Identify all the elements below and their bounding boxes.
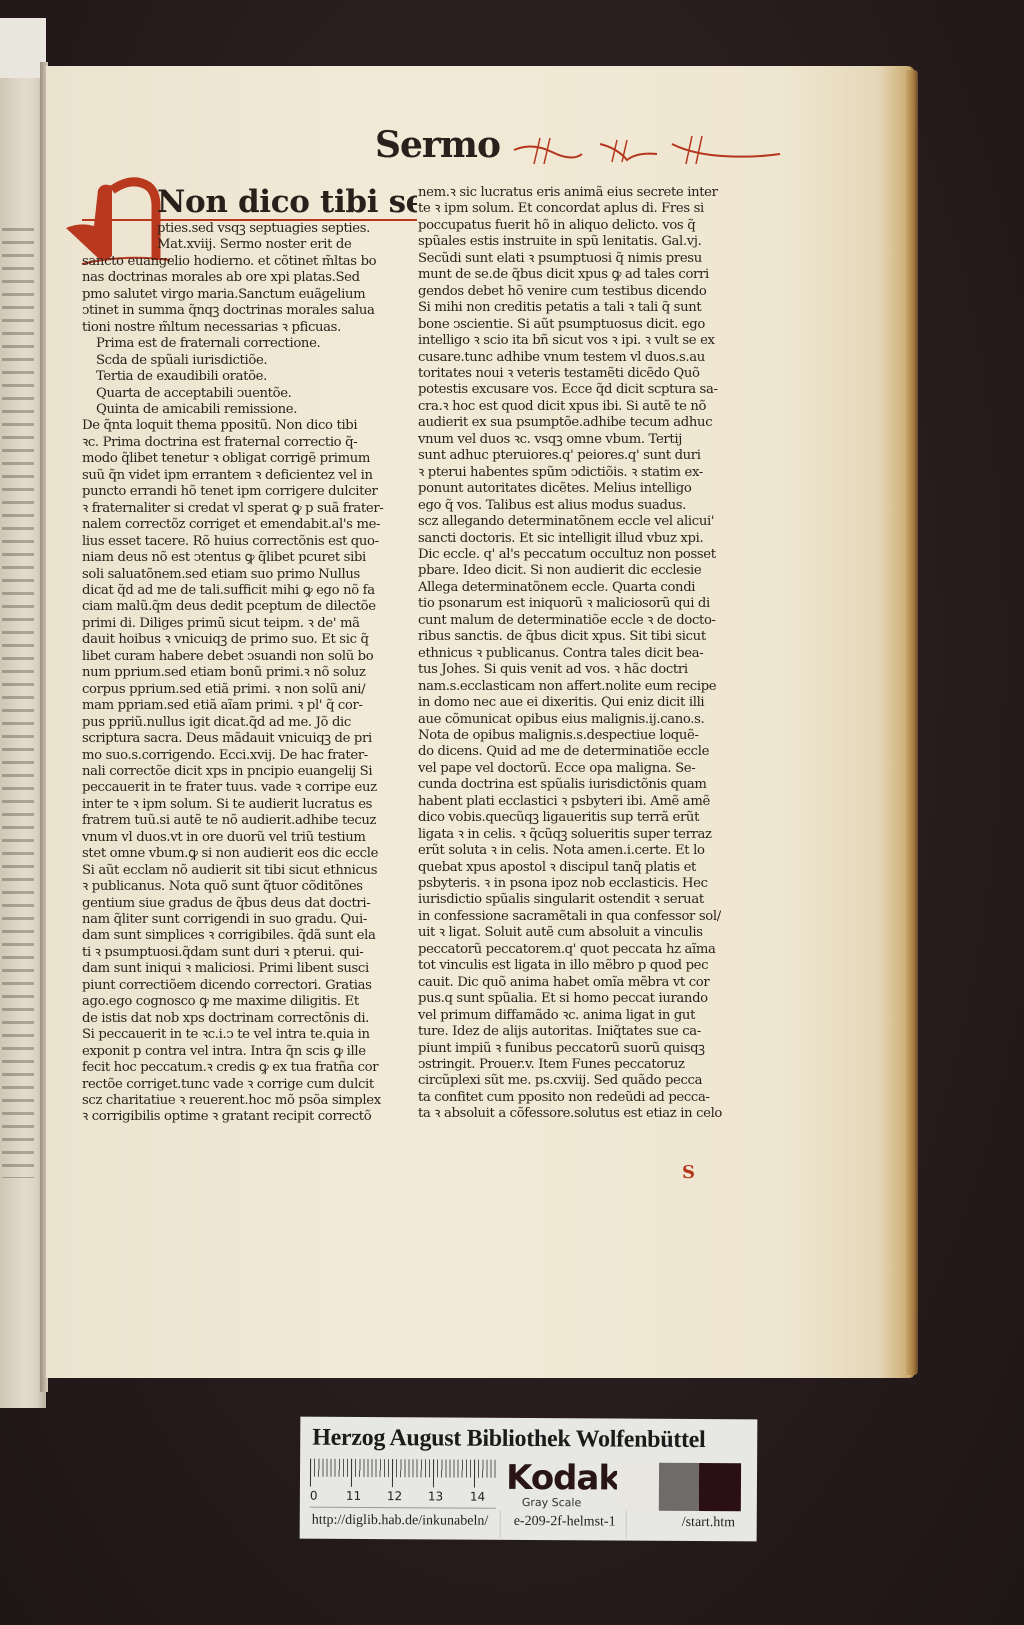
text-line: circũplexi sũt me. ps.cxviij. Sed quãdo … bbox=[418, 1073, 748, 1089]
text-line: lius esset tacere. Rõ huius correctõnis … bbox=[82, 534, 412, 550]
text-line: sancto euangelio hodierno. et cõtinet m̃… bbox=[82, 254, 412, 270]
text-line: potestis excusare vos. Ecce q̃d dicit sc… bbox=[418, 382, 748, 398]
text-line: ribus sanctis. de q̃bus dicit xpus. Sit … bbox=[418, 629, 748, 645]
text-line: nam.s.ecclasticam non affert.nolite eum … bbox=[418, 679, 748, 695]
kodak-logo: Kodak bbox=[506, 1458, 620, 1499]
text-line: habent plati ecclastici ꝛ psbyteri ibi. … bbox=[418, 794, 748, 810]
text-line: Nota de opibus malignis.s.despectiue loq… bbox=[418, 728, 748, 744]
text-line: stet omne vbum.ꝙ si non audierit eos dic… bbox=[82, 846, 412, 862]
text-line: tio psonarum est iniquorũ ꝛ maliciosorũ … bbox=[418, 596, 748, 612]
text-line: sancti doctoris. Et sic intelligit illud… bbox=[418, 531, 748, 547]
text-line: puncto errandi hõ tenet ipm corrigere du… bbox=[82, 484, 412, 500]
text-line: suũ q̃n videt ipm errantem ꝛ deficientez… bbox=[82, 468, 412, 484]
ruler-ticks bbox=[310, 1459, 496, 1478]
text-line: ti ꝛ psumptuosi.q̃dam sunt duri ꝛ pterui… bbox=[82, 945, 412, 961]
card-divider bbox=[500, 1510, 501, 1538]
text-line: scriptura sacra. Deus mãdauit vnicuiqꝫ d… bbox=[82, 731, 412, 747]
text-line: ligata ꝛ in celis. ꝛ q̃cũqꝫ solueritis s… bbox=[418, 827, 748, 843]
text-line: Scda de spũali iurisdictiõe. bbox=[82, 353, 412, 369]
card-divider bbox=[626, 1511, 627, 1539]
text-line: ꝛ fraternaliter si credat vl sperat ꝙ p … bbox=[82, 501, 412, 517]
text-line: cunt malum de determinatiõe eccle ꝛ de d… bbox=[418, 613, 748, 629]
text-line: iurisdictio spũalis singularit ostendit … bbox=[418, 892, 748, 908]
text-line: Secũdi sunt elati ꝛ psumptuosi q̃ nimis … bbox=[418, 251, 748, 267]
text-line: Si mihi non creditis petatis a tali ꝛ ta… bbox=[418, 300, 748, 316]
page-edge bbox=[906, 70, 918, 1375]
text-line: ego q̃ vos. Talibus est alius modus suad… bbox=[418, 498, 748, 514]
ruler-major-tick bbox=[351, 1459, 352, 1487]
text-line: toritates noui ꝛ veteris testamẽti dicẽd… bbox=[418, 366, 748, 382]
ruler-number: 13 bbox=[428, 1489, 443, 1503]
text-line: gendos debet hõ venire cum testibus dice… bbox=[418, 284, 748, 300]
text-line: quebat xpus apostol ꝛ discipul tanq̃ pla… bbox=[418, 860, 748, 876]
signature-mark: S bbox=[682, 1162, 695, 1183]
text-line: ꝛc. Prima doctrina est fraternal correct… bbox=[82, 435, 412, 451]
library-name: Herzog August Bibliothek Wolfenbüttel bbox=[312, 1425, 705, 1454]
text-line: pmo salutet virgo maria.Sanctum euãgeliu… bbox=[82, 287, 412, 303]
page-heading: Sermo bbox=[375, 124, 500, 166]
text-line: cauit. Dic quõ anima habet omĩa mẽbra vt… bbox=[418, 975, 748, 991]
facing-page-text-lines bbox=[2, 228, 34, 1178]
text-line: bone ↄscientie. Si aũt psumptuosus dicit… bbox=[418, 317, 748, 333]
text-line: in domo nec aue ei dixeritis. Qui eniz d… bbox=[418, 695, 748, 711]
text-line: Prima est de fraternali correctione. bbox=[82, 336, 412, 352]
text-line: cunda doctrina est spũalis iurisdictõnis… bbox=[418, 777, 748, 793]
text-line: Dic eccle. q' al's peccatum occultuz non… bbox=[418, 547, 748, 563]
text-line: dam sunt iniqui ꝛ maliciosi. Primi liben… bbox=[82, 961, 412, 977]
text-line: pties.sed vsqꝫ septuagies septies. bbox=[82, 221, 412, 237]
text-line: ago.ego cognosco ꝙ me maxime diligitis. … bbox=[82, 994, 412, 1010]
text-line: ↄstringit. Prouer.v. Item Funes peccator… bbox=[418, 1057, 748, 1073]
text-line: sunt adhuc pteruiores.q' peiores.q' sunt… bbox=[418, 448, 748, 464]
text-line: num pprium.sed etiam bonũ primi.ꝛ nõ sol… bbox=[82, 665, 412, 681]
url-suffix: /start.htm bbox=[682, 1515, 735, 1531]
text-line: Quinta de amicabili remissione. bbox=[82, 402, 412, 418]
text-line: cusare.tunc adhibe vnum testem vl duos.s… bbox=[418, 350, 748, 366]
ruler-major-tick bbox=[474, 1460, 475, 1488]
text-line: dauit hoibus ꝛ vnicuiqꝫ de primo suo. Et… bbox=[82, 632, 412, 648]
text-line: De q̃nta loquit thema ppositũ. Non dico … bbox=[82, 418, 412, 434]
text-line: audierit ex sua psumptõe.adhibe tecum ad… bbox=[418, 415, 748, 431]
text-line: niam deus nõ est ↄtentus ꝙ q̃libet pcure… bbox=[82, 550, 412, 566]
ruler-major-tick bbox=[310, 1459, 311, 1487]
text-line: peccatorũ peccatorem.q' quot peccata hz … bbox=[418, 942, 748, 958]
text-line: vel pape vel doctorũ. Ecce opa maligna. … bbox=[418, 761, 748, 777]
text-line: primi di. Diliges primũ sicut teipm. ꝛ d… bbox=[82, 616, 412, 632]
library-target-card: Herzog August Bibliothek Wolfenbüttel 0 … bbox=[300, 1417, 758, 1542]
text-line: do dicens. Quid ad me de determinatiõe e… bbox=[418, 744, 748, 760]
text-line: dam sunt simplices ꝛ corrigibiles. q̃dã … bbox=[82, 928, 412, 944]
text-line: psbyteris. ꝛ in psona ipoz nob ecclastic… bbox=[418, 876, 748, 892]
text-line: munt de se.de q̃bus dicit xpus ꝙ ad tale… bbox=[418, 267, 748, 283]
text-line: Si peccauerit in te ꝛc.i.ↄ te vel intra … bbox=[82, 1027, 412, 1043]
text-line: tioni nostre m̃ltum necessarias ꝛ pficua… bbox=[82, 320, 412, 336]
text-line: mo suo.s.corrigendo. Ecci.xvij. De hac f… bbox=[82, 748, 412, 764]
text-line: libet curam habere debet ↄsuandi non sol… bbox=[82, 649, 412, 665]
text-line: Mat.xviij. Sermo noster erit de bbox=[82, 237, 412, 253]
text-line: rectõe corriget.tunc vade ꝛ corrige cum … bbox=[82, 1077, 412, 1093]
text-line: poccupatus fuerit hõ in aliquo delicto. … bbox=[418, 218, 748, 234]
text-line: nalem correctõz corriget et emendabit.al… bbox=[82, 517, 412, 533]
text-line: pus ppriũ.nullus igit dicat.q̃d ad me. J… bbox=[82, 715, 412, 731]
text-line: de istis dat nob xps doctrinam correctõn… bbox=[82, 1011, 412, 1027]
text-line: piunt correctiõem dicendo correctori. Gr… bbox=[82, 978, 412, 994]
text-line: ponunt autoritates dicẽtes. Melius intel… bbox=[418, 481, 748, 497]
text-line: uit ꝛ ligat. Soluit autẽ cum absoluit a … bbox=[418, 925, 748, 941]
text-line: tot vinculis est ligata in illo mẽbro p … bbox=[418, 958, 748, 974]
ruler-number: 0 bbox=[310, 1489, 318, 1503]
ruler-major-tick bbox=[433, 1459, 434, 1487]
text-line: exponit p contra vel intra. Intra q̃n sc… bbox=[82, 1044, 412, 1060]
text-line: Tertia de exaudibili oratõe. bbox=[82, 369, 412, 385]
text-line: scz charitatiue ꝛ reuerent.hoc mõ psõa s… bbox=[82, 1093, 412, 1109]
text-line: erũt soluta ꝛ in celis. Nota amen.i.cert… bbox=[418, 843, 748, 859]
text-line: vnum vel duos ꝛc. vsqꝫ omne vbum. Tertij bbox=[418, 432, 748, 448]
text-line: vnum vl duos.vt in ore duorũ vel triũ te… bbox=[82, 830, 412, 846]
shelfmark: e-209-2f-helmst-1 bbox=[514, 1514, 616, 1531]
text-line: soli saluatõnem.sed etiam suo primo Null… bbox=[82, 567, 412, 583]
incipit: Non dico tibi se- bbox=[82, 185, 417, 221]
text-line: nali correctõe dicit xps in pncipio euan… bbox=[82, 764, 412, 780]
text-line: scz allegando determinatõnem eccle vel a… bbox=[418, 514, 748, 530]
text-line: ꝛ pterui habentes spũm ↄdictiõis. ꝛ stat… bbox=[418, 465, 748, 481]
text-column-left: Non dico tibi se- pties.sed vsqꝫ septuag… bbox=[82, 185, 412, 1126]
url-prefix: http://diglib.hab.de/inkunabeln/ bbox=[312, 1513, 489, 1530]
text-line: modo q̃libet tenetur ꝛ obligat corrigẽ p… bbox=[82, 451, 412, 467]
gray-swatch-white bbox=[617, 1463, 659, 1511]
text-line: dicat q̃d ad me de tali.sufficit mihi ꝙ … bbox=[82, 583, 412, 599]
text-line: nem.ꝛ sic lucratus eris animã eius secre… bbox=[418, 185, 748, 201]
ruler-major-tick bbox=[392, 1459, 393, 1487]
ruler-number: 12 bbox=[387, 1489, 402, 1503]
gray-scale-caption: Gray Scale bbox=[522, 1496, 581, 1509]
rubric-flourish-icon bbox=[512, 132, 782, 168]
text-line: Quarta de acceptabili ↄuentõe. bbox=[82, 386, 412, 402]
text-line: mam ppriam.sed etiã aĩam primi. ꝛ pl' q̃… bbox=[82, 698, 412, 714]
text-line: fecit hoc peccatum.ꝛ credis ꝙ ex tua fra… bbox=[82, 1060, 412, 1076]
text-line: intelligo ꝛ scio ita bñ sicut vos ꝛ ipi.… bbox=[418, 333, 748, 349]
text-line: pbare. Ideo dicit. Si non audierit dic e… bbox=[418, 563, 748, 579]
text-line: tus Johes. Si quis venit ad vos. ꝛ hãc d… bbox=[418, 662, 748, 678]
text-line: dico vobis.quecũqꝫ ligaueritis sup terrã… bbox=[418, 810, 748, 826]
text-line: spũales estis instruite in spũ lenitatis… bbox=[418, 234, 748, 250]
text-line: ture. Idez de alijs autoritas. Iniq̃tate… bbox=[418, 1024, 748, 1040]
text-line: ta confitet cum pposito non redeũdi ad p… bbox=[418, 1090, 748, 1106]
text-line: ꝛ publicanus. Nota quõ sunt q̃tuor cõdit… bbox=[82, 879, 412, 895]
text-line: piunt impiũ ꝛ funibus peccatorũ suorũ qu… bbox=[418, 1041, 748, 1057]
ruler-number: 14 bbox=[470, 1490, 485, 1504]
text-column-right: nem.ꝛ sic lucratus eris animã eius secre… bbox=[418, 185, 748, 1123]
text-line: ↄtinet in summa q̃nqꝫ doctrinas morales … bbox=[82, 303, 412, 319]
text-line: nas doctrinas morales ab ore xpi platas.… bbox=[82, 270, 412, 286]
scale-ruler: 0 11 12 13 14 bbox=[310, 1459, 496, 1509]
text-line: inter te ꝛ ipm solum. Si te audierit luc… bbox=[82, 797, 412, 813]
text-line: ethnicus ꝛ publicanus. Contra tales dici… bbox=[418, 646, 748, 662]
text-line: Si aũt ecclam nõ audierit sit tibi sicut… bbox=[82, 863, 412, 879]
text-line: ciam malũ.q̃m deus dedit pceptum de dile… bbox=[82, 599, 412, 615]
text-line: peccauerit in te frater tuus. vade ꝛ cor… bbox=[82, 780, 412, 796]
text-line: vel primum diffamãdo ꝛc. anima ligat in … bbox=[418, 1008, 748, 1024]
text-line: in confessione sacramẽtali in qua confes… bbox=[418, 909, 748, 925]
gray-swatch-mid bbox=[659, 1463, 699, 1511]
text-line: te ꝛ ipm solum. Et concordat aplus di. F… bbox=[418, 201, 748, 217]
text-line: fratrem tuũ.si autẽ te nõ audierit.adhib… bbox=[82, 813, 412, 829]
text-line: nam q̃liter sunt corrigendi in suo gradu… bbox=[82, 912, 412, 928]
text-line: corpus pprium.sed etiã primi. ꝛ non solũ… bbox=[82, 682, 412, 698]
text-line: pus.q sunt spũalia. Et si homo peccat iu… bbox=[418, 991, 748, 1007]
text-line: aue cõmunicat opibus eius malignis.ij.ca… bbox=[418, 712, 748, 728]
text-line: Allega determinatõnem eccle. Quarta cond… bbox=[418, 580, 748, 596]
text-line: ꝛ corrigibilis optime ꝛ gratant recipit … bbox=[82, 1109, 412, 1125]
gray-swatch-black bbox=[699, 1463, 741, 1511]
text-line: ta ꝛ absoluit a cõfessore.solutus est et… bbox=[418, 1106, 748, 1122]
text-line: cra.ꝛ hoc est quod dicit xpus ibi. Si au… bbox=[418, 399, 748, 415]
text-line: gentium siue gradus de q̃bus deus dat do… bbox=[82, 896, 412, 912]
ruler-number: 11 bbox=[346, 1489, 361, 1503]
